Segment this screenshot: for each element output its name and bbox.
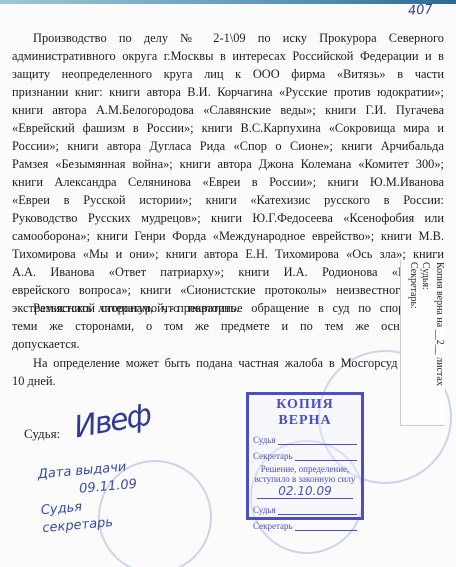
side-certification-stamp: Копия верна на __2__ листах Судья: Секре… bbox=[400, 260, 445, 426]
text-line: признании книг: книги автора В.И. Корчаг… bbox=[12, 83, 444, 101]
stamp-date: 02.10.09 bbox=[257, 484, 353, 499]
text-line: самооборона»; книги Генри Форда «Междуна… bbox=[12, 227, 444, 245]
text-line: административного округа г.Москвы в инте… bbox=[12, 47, 444, 65]
text-line: 10 дней. bbox=[12, 372, 444, 390]
text-line: Тихомирова «Мы и они»; книги автора Е.Н.… bbox=[12, 245, 444, 263]
text-line: А.А. Иванова «Ответ патриарху»; книги И.… bbox=[12, 263, 444, 281]
stamp-judge2-label: Судья bbox=[253, 505, 276, 515]
stamp-secretary-label: Секретарь bbox=[253, 451, 293, 461]
certified-copy-stamp: КОПИЯ ВЕРНА Судья Секретарь Решение, опр… bbox=[246, 392, 364, 520]
stamp-secretary2-label: Секретарь bbox=[253, 521, 293, 531]
text-line: «Евреи в Русской истории»; книги «Катехи… bbox=[12, 191, 444, 209]
text-line: Разъяснить сторонам, что повторное обращ… bbox=[12, 299, 444, 317]
text-line: На определение может быть подана частная… bbox=[12, 354, 444, 372]
text-line: книги Александра Селянинова «Евреи в Рос… bbox=[12, 173, 444, 191]
handwritten-page-number: 407 bbox=[408, 2, 434, 19]
stamp-text: Решение, определение, вступило в законну… bbox=[253, 464, 357, 484]
text-line: книги автора А.М.Белогородова «Славянски… bbox=[12, 101, 444, 119]
side-stamp-line: Судья: bbox=[420, 262, 431, 290]
text-line: защиту неопределенного круга лиц к ООО ф… bbox=[12, 65, 444, 83]
text-line: Руководство Русских мудрецов»; книги Ю.Г… bbox=[12, 209, 444, 227]
judge-signature: Ивеф bbox=[72, 398, 153, 446]
judge-label: Судья: bbox=[24, 426, 60, 442]
text-line: допускается. bbox=[12, 335, 444, 353]
text-line: Рамзея «Безымянная война»; книги автора … bbox=[12, 155, 444, 173]
text-line: Производство по делу № 2-1\09 по иску Пр… bbox=[12, 29, 444, 47]
ruling-paragraph-2: Разъяснить сторонам, что повторное обращ… bbox=[12, 299, 444, 353]
text-line: еврейского вопроса»; книги «Сионистские … bbox=[12, 281, 444, 299]
side-stamp-line: Копия верна на __2__ листах bbox=[434, 262, 445, 386]
stamp-title: КОПИЯ ВЕРНА bbox=[253, 397, 357, 429]
text-line: «Еврейский фашизм в России»; книги В.С.К… bbox=[12, 119, 444, 137]
handwritten-issue-note: Дата выдачи 09.11.09 Судья секретарь bbox=[37, 458, 141, 538]
side-stamp-line: Секретарь: bbox=[408, 262, 419, 309]
text-line: России»; книги автора Дугласа Рида «Спор… bbox=[12, 137, 444, 155]
ruling-paragraph-3: На определение может быть подана частная… bbox=[12, 354, 444, 390]
scan-top-edge bbox=[0, 0, 456, 4]
text-line: теми же сторонами, о том же предмете и п… bbox=[12, 317, 444, 335]
ruling-paragraph-1: Производство по делу № 2-1\09 по иску Пр… bbox=[12, 29, 444, 317]
stamp-judge-label: Судья bbox=[253, 435, 276, 445]
